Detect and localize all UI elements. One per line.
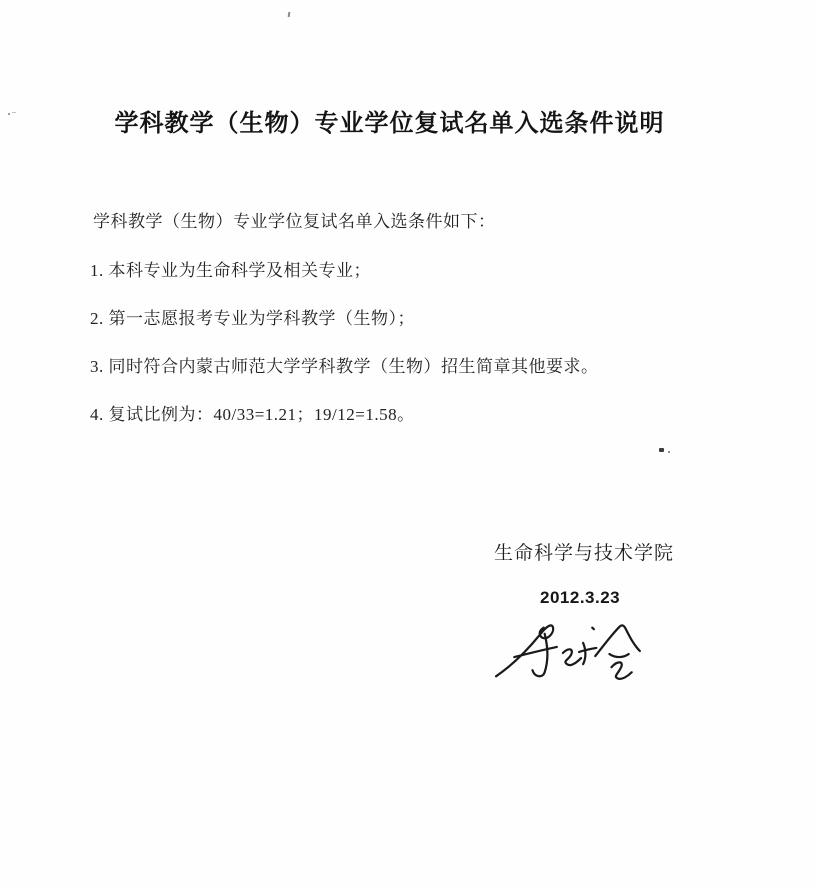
scan-artifact [668, 451, 670, 453]
condition-item-2: 2. 第一志愿报考专业为学科教学（生物）； [90, 304, 415, 329]
signing-organization: 生命科学与技术学院 [494, 538, 674, 565]
scan-artifact [659, 448, 664, 452]
scan-artifact [288, 12, 291, 17]
condition-item-1: 1. 本科专业为生命科学及相关专业； [90, 256, 371, 281]
document-title: 学科教学（生物）专业学位复试名单入选条件说明 [0, 103, 779, 138]
handwritten-signature-icon [492, 611, 654, 693]
scan-artifact [8, 113, 10, 115]
condition-item-3: 3. 同时符合内蒙古师范大学学科教学（生物）招生简章其他要求。 [90, 352, 599, 377]
scanned-document-page: 学科教学（生物）专业学位复试名单入选条件说明 学科教学（生物）专业学位复试名单入… [0, 0, 817, 888]
condition-item-4: 4. 复试比例为：40/33=1.21；19/12=1.58。 [90, 400, 415, 425]
intro-line: 学科教学（生物）专业学位复试名单入选条件如下： [93, 207, 496, 232]
scan-artifact [12, 112, 16, 113]
signature-date: 2012.3.23 [540, 588, 620, 608]
